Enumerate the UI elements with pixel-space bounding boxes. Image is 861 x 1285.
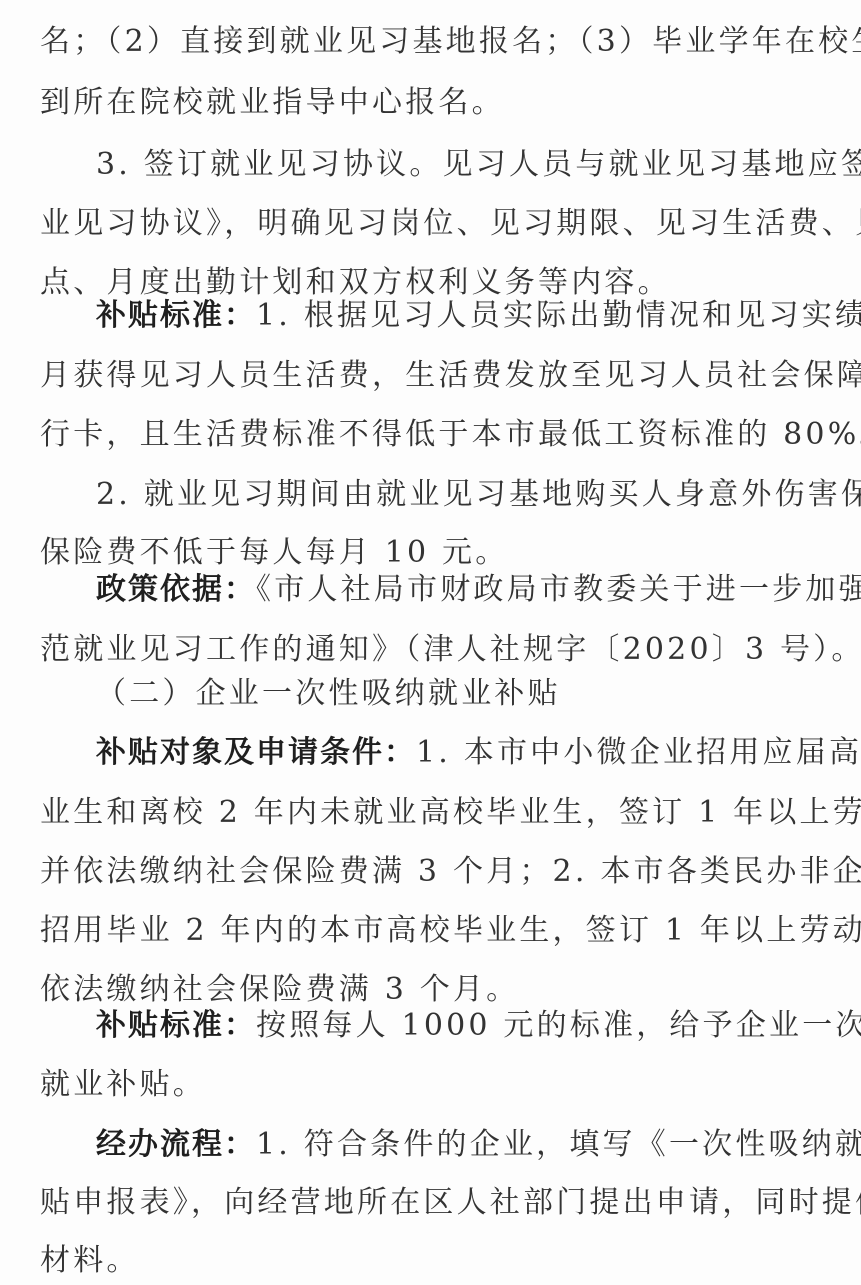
subsidy-standard-label: 补贴标准：: [96, 298, 256, 333]
text-span: 按照每人 1000 元的标准，给予企业一次性吸纳: [256, 1008, 861, 1043]
section-heading: （二）企业一次性吸纳就业补贴: [96, 674, 830, 714]
text-line: 名；（2）直接到就业见习基地报名；（3）毕业学年在校生也可以: [40, 22, 830, 62]
text-line: 依法缴纳社会保险费满 3 个月。: [40, 970, 830, 1010]
text-line: 2. 就业见习期间由就业见习基地购买人身意外伤害保险，: [96, 475, 830, 515]
text-line: 月获得见习人员生活费，生活费发放至见习人员社会保障卡或银: [40, 356, 830, 396]
text-span: 1. 根据见习人员实际出勤情况和见习实绩，按: [256, 298, 861, 333]
text-line: 就业补贴。: [40, 1065, 830, 1105]
text-line: 贴申报表》，向经营地所在区人社部门提出申请，同时提供相关: [40, 1183, 830, 1223]
policy-basis-label: 政策依据：: [96, 572, 256, 607]
text-line: 并依法缴纳社会保险费满 3 个月；2. 本市各类民办非企业单位: [40, 852, 830, 892]
text-line: 材料。: [40, 1241, 830, 1281]
text-line: 业生和离校 2 年内未就业高校毕业生，签订 1 年以上劳动合同，: [40, 793, 830, 833]
text-span: 1. 符合条件的企业，填写《一次性吸纳就业补: [256, 1127, 861, 1162]
text-span: 1. 本市中小微企业招用应届高校毕: [416, 735, 861, 770]
text-line: 招用毕业 2 年内的本市高校毕业生，签订 1 年以上劳动合同，并: [40, 911, 830, 951]
text-line: 3. 签订就业见习协议。见习人员与就业见习基地应签订《就: [96, 145, 830, 185]
procedure-paragraph: 经办流程：1. 符合条件的企业，填写《一次性吸纳就业补: [96, 1125, 830, 1165]
subsidy-standard-paragraph: 补贴标准：按照每人 1000 元的标准，给予企业一次性吸纳: [96, 1006, 830, 1046]
eligibility-paragraph: 补贴对象及申请条件：1. 本市中小微企业招用应届高校毕: [96, 733, 830, 773]
subsidy-standard-label: 补贴标准：: [96, 1008, 256, 1043]
text-span: 《市人社局市财政局市教委关于进一步加强和规: [256, 572, 861, 607]
eligibility-label: 补贴对象及申请条件：: [96, 735, 416, 770]
text-line: 行卡，且生活费标准不得低于本市最低工资标准的 80%。: [40, 415, 830, 455]
procedure-label: 经办流程：: [96, 1127, 256, 1162]
text-line: 保险费不低于每人每月 10 元。: [40, 533, 830, 573]
text-line: 到所在院校就业指导中心报名。: [40, 83, 830, 123]
text-line: 范就业见习工作的通知》（津人社规字〔2020〕3 号）。: [40, 630, 830, 670]
text-line: 业见习协议》，明确见习岗位、见习期限、见习生活费、见习地: [40, 204, 830, 244]
subsidy-standard-paragraph: 补贴标准：1. 根据见习人员实际出勤情况和见习实绩，按: [96, 296, 830, 336]
document-page: 名；（2）直接到就业见习基地报名；（3）毕业学年在校生也可以 到所在院校就业指导…: [0, 0, 861, 1285]
policy-basis-paragraph: 政策依据：《市人社局市财政局市教委关于进一步加强和规: [96, 570, 830, 610]
